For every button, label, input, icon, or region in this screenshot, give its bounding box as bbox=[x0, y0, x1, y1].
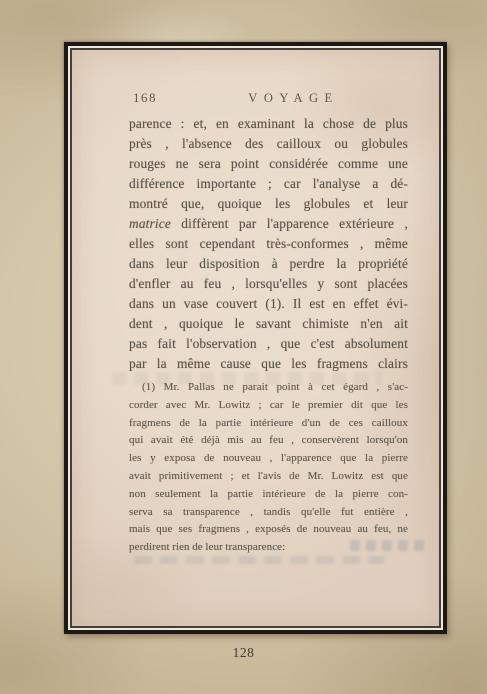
body-line: dans leur disposition à perdre la propri… bbox=[129, 254, 408, 274]
body-line: parence : et, en examinant la chose de p… bbox=[129, 114, 408, 134]
ink-bleedthrough-smudge bbox=[134, 556, 384, 564]
page-frame-inner-rule: 168 VOYAGE parence : et, en examinant la… bbox=[70, 48, 441, 628]
body-line: par la même cause que les fragmens clair… bbox=[129, 354, 408, 374]
body-line: elles sont cependant très-conformes , mê… bbox=[129, 234, 408, 254]
scanned-book-photo: 168 VOYAGE parence : et, en examinant la… bbox=[0, 0, 487, 694]
footnote-line: non seulement la partie intérieure de la… bbox=[129, 486, 408, 504]
page-frame: 168 VOYAGE parence : et, en examinant la… bbox=[64, 42, 447, 634]
body-line: montré que, quoique les globules et leur bbox=[129, 194, 408, 214]
footnote-line: serva sa transparence , tandis qu'elle f… bbox=[129, 504, 408, 522]
body-text: parence : et, en examinant la chose de p… bbox=[129, 114, 408, 374]
footnote: (1) Mr. Pallas ne parait point à cet éga… bbox=[129, 379, 408, 557]
running-title: VOYAGE bbox=[248, 91, 338, 106]
body-line: pas fait l'observation , que c'est absol… bbox=[129, 334, 408, 354]
page-header: 168 VOYAGE bbox=[129, 90, 408, 104]
footnote-line: les y exposa de nouveau , l'apparence qu… bbox=[129, 450, 408, 468]
book-page: 168 VOYAGE parence : et, en examinant la… bbox=[72, 50, 439, 626]
footnote-line: corder avec Mr. Lowitz ; car le premier … bbox=[129, 397, 408, 415]
body-line: rouges ne sera point considérée comme un… bbox=[129, 154, 408, 174]
footnote-line: qui avait été déjà mis au feu , conservè… bbox=[129, 432, 408, 450]
body-line: dent , quoique le savant chimiste n'en a… bbox=[129, 314, 408, 334]
footnote-line: perdirent rien de leur transparence: bbox=[129, 539, 408, 557]
outer-page-number: 128 bbox=[0, 645, 487, 661]
footnote-line: (1) Mr. Pallas ne parait point à cet éga… bbox=[129, 379, 408, 397]
footnote-line: avait primitivement ; et l'avis de Mr. L… bbox=[129, 468, 408, 486]
body-line: matrice diffèrent par l'apparence extéri… bbox=[129, 214, 408, 234]
footnote-line: fragmens de la partie intérieure d'un de… bbox=[129, 415, 408, 433]
body-line: d'enfler au feu , lorsqu'elles y sont pl… bbox=[129, 274, 408, 294]
folio-number: 168 bbox=[133, 90, 157, 106]
body-line: dans un vase couvert (1). Il est en effe… bbox=[129, 294, 408, 314]
body-line: près , l'absence des cailloux ou globule… bbox=[129, 134, 408, 154]
footnote-line: mais que ses fragmens , exposés de nouve… bbox=[129, 521, 408, 539]
body-line: différence importante ; car l'analyse a … bbox=[129, 174, 408, 194]
